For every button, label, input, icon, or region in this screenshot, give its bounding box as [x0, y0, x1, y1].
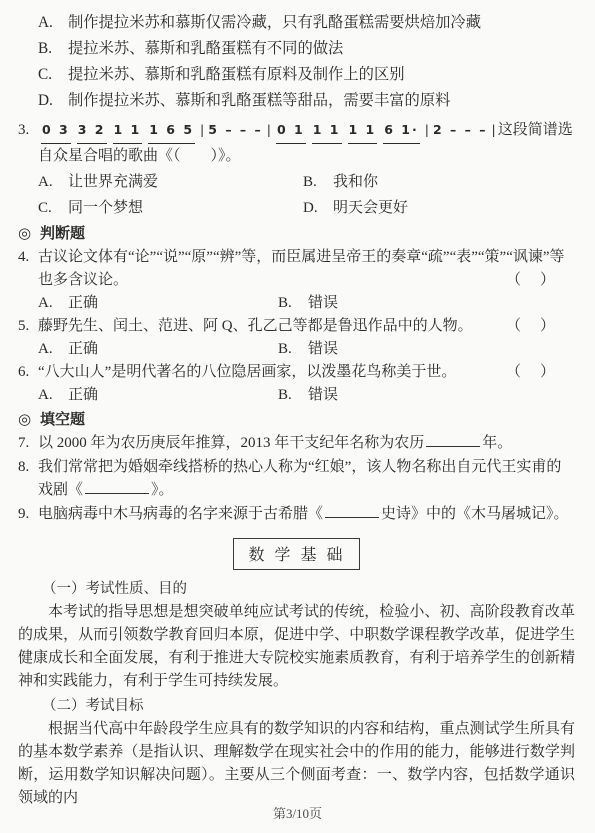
notation-hold: 2 – – –	[433, 117, 488, 142]
question-text: 年。	[482, 435, 512, 451]
notation-group: 3 2	[77, 117, 107, 144]
option-label: C.	[38, 195, 68, 221]
option-label: A.	[38, 10, 68, 36]
question-text: 藤野先生、闰土、范进、阿 Q、孔乙己等都是鲁迅作品中的人物。	[38, 318, 473, 334]
option-row-d: D. 制作提拉米苏、慕斯和乳酪蛋糕等甜品，需要丰富的原料	[18, 88, 575, 114]
section-marker-icon: ◎	[18, 223, 40, 246]
notation-group: 0 3	[41, 117, 71, 144]
question-number: 4.	[18, 246, 38, 269]
bar-line: |	[267, 117, 271, 142]
option-text: 制作提拉米苏、慕斯和乳酪蛋糕等甜品，需要丰富的原料	[68, 88, 575, 114]
option-label: D.	[303, 195, 333, 221]
option-b: B. 错误	[278, 292, 338, 315]
question-number: 9.	[18, 503, 38, 527]
bar-line: |	[425, 117, 429, 142]
bar-line: |	[200, 117, 204, 142]
section-header-fill: ◎ 填空题	[18, 409, 575, 432]
option-b: B. 我和你	[303, 169, 378, 195]
paragraph-1: 本考试的指导思想是想突破单纯应试考试的传统，检验小、初、高阶段教育改革的成果，从…	[18, 601, 575, 693]
option-text: 我和你	[333, 169, 378, 195]
option-text: 错误	[308, 292, 338, 315]
option-a: A. 正确	[38, 384, 278, 407]
notation-group: 1 1	[312, 117, 342, 144]
question-number: 3.	[18, 118, 38, 143]
answer-blank	[325, 504, 379, 518]
option-row: C. 同一个梦想 D. 明天会更好	[18, 195, 575, 221]
option-text: 明天会更好	[333, 195, 408, 221]
question-4-stem: 4.古议论文体有“论”“说”“原”“辨”等，而臣属进呈帝王的奏章“疏”“表”“策…	[18, 246, 575, 292]
answer-paren: （ ）	[506, 269, 557, 292]
notation-group: 1 1	[113, 117, 143, 144]
math-section-title: 数学基础	[233, 538, 359, 570]
option-row-c: C. 提拉米苏、慕斯和乳酪蛋糕有原料及制作上的区别	[18, 62, 575, 88]
answer-blank	[426, 433, 480, 447]
question-7: 7.以 2000 年为农历庚辰年推算，2013 年干支纪年名称为农历年。	[18, 432, 575, 456]
exam-page: A. 制作提拉米苏和慕斯仅需冷藏，只有乳酪蛋糕需要烘焙加冷藏 B. 提拉米苏、慕…	[0, 0, 595, 833]
question-text: 以 2000 年为农历庚辰年推算，2013 年干支纪年名称为农历	[38, 435, 424, 451]
option-text: 让世界充满爱	[68, 169, 158, 195]
question-5: 5.藤野先生、闰土、范进、阿 Q、孔乙己等都是鲁迅作品中的人物。（ ） A. 正…	[18, 315, 575, 361]
music-notation: 0 33 21 11 6 5|5 – – –|0 11 11 16 1·|2 –…	[38, 122, 498, 137]
option-label: B.	[278, 384, 308, 407]
answer-paren: （ ）	[506, 315, 557, 338]
option-text: 错误	[308, 384, 338, 407]
option-label: A.	[38, 338, 68, 361]
question-4: 4.古议论文体有“论”“说”“原”“辨”等，而臣属进呈帝王的奏章“疏”“表”“策…	[18, 246, 575, 315]
subsection-heading-2: （二）考试目标	[18, 696, 575, 717]
page-content: A. 制作提拉米苏和慕斯仅需冷藏，只有乳酪蛋糕需要烘焙加冷藏 B. 提拉米苏、慕…	[0, 0, 595, 810]
question-text: 》。	[151, 482, 174, 498]
bar-line: |	[491, 117, 495, 142]
option-row: A. 正确 B. 错误	[18, 292, 575, 315]
option-a: A. 让世界充满爱	[38, 169, 303, 195]
question-number: 5.	[18, 315, 38, 338]
notation-group: 0 1	[276, 117, 306, 144]
question-text: “八大山人”是明代著名的八位隐居画家，以泼墨花鸟称美于世。	[38, 364, 456, 380]
option-label: A.	[38, 292, 68, 315]
section-header-judge: ◎ 判断题	[18, 223, 575, 246]
question-3: 3.0 33 21 11 6 5|5 – – –|0 11 11 16 1·|2…	[18, 117, 575, 221]
option-row: A. 正确 B. 错误	[18, 384, 575, 407]
question-text: 史诗》中的《木马屠城记》。	[381, 506, 569, 522]
question-3-stem: 3.0 33 21 11 6 5|5 – – –|0 11 11 16 1·|2…	[18, 117, 575, 169]
option-b: B. 错误	[278, 338, 338, 361]
option-b: B. 错误	[278, 384, 338, 407]
question-number: 7.	[18, 432, 38, 456]
question-8: 8.我们常常把为婚姻牵线搭桥的热心人称为“红娘”，该人物名称出自元代王实甫的戏剧…	[18, 456, 575, 503]
option-a: A. 正确	[38, 292, 278, 315]
option-label: B.	[278, 292, 308, 315]
option-row: A. 正确 B. 错误	[18, 338, 575, 361]
notation-hold: 5 – – –	[208, 117, 263, 142]
question-text: 电脑病毒中木马病毒的名字来源于古希腊《	[38, 506, 323, 522]
question-text: 古议论文体有“论”“说”“原”“辨”等，而臣属进呈帝王的奏章“疏”“表”“策”“…	[38, 249, 565, 288]
option-label: B.	[278, 338, 308, 361]
option-label: B.	[303, 169, 333, 195]
option-text: 同一个梦想	[68, 195, 143, 221]
answer-paren: （ ）	[506, 361, 557, 384]
option-text: 提拉米苏、慕斯和乳酪蛋糕有原料及制作上的区别	[68, 62, 575, 88]
section-title: 填空题	[40, 409, 85, 432]
question-number: 8.	[18, 456, 38, 480]
notation-group: 1 1	[348, 117, 378, 144]
paragraph-2: 根据当代高中年龄段学生应具有的数学知识的内容和结构，重点测试学生所具有的基本数学…	[18, 718, 575, 810]
option-row-b: B. 提拉米苏、慕斯和乳酪蛋糕有不同的做法	[18, 36, 575, 62]
option-label: D.	[38, 88, 68, 114]
option-c: C. 同一个梦想	[38, 195, 303, 221]
question2-options: A. 制作提拉米苏和慕斯仅需冷藏，只有乳酪蛋糕需要烘焙加冷藏 B. 提拉米苏、慕…	[18, 10, 575, 114]
option-text: 正确	[68, 338, 98, 361]
section-marker-icon: ◎	[18, 409, 40, 432]
math-section-title-wrap: 数学基础	[18, 538, 575, 570]
option-label: A.	[38, 384, 68, 407]
answer-blank	[85, 480, 149, 494]
option-label: B.	[38, 36, 68, 62]
question-number: 6.	[18, 361, 38, 384]
option-text: 制作提拉米苏和慕斯仅需冷藏，只有乳酪蛋糕需要烘焙加冷藏	[68, 10, 575, 36]
page-number: 第3/10页	[0, 803, 595, 822]
option-label: A.	[38, 169, 68, 195]
question-6-stem: 6.“八大山人”是明代著名的八位隐居画家，以泼墨花鸟称美于世。（ ）	[18, 361, 575, 384]
subsection-heading-1: （一）考试性质、目的	[18, 579, 575, 600]
option-d: D. 明天会更好	[303, 195, 408, 221]
option-text: 正确	[68, 292, 98, 315]
option-row-a: A. 制作提拉米苏和慕斯仅需冷藏，只有乳酪蛋糕需要烘焙加冷藏	[18, 10, 575, 36]
option-text: 错误	[308, 338, 338, 361]
question-6: 6.“八大山人”是明代著名的八位隐居画家，以泼墨花鸟称美于世。（ ） A. 正确…	[18, 361, 575, 407]
notation-group: 1 6 5	[148, 117, 195, 144]
section-title: 判断题	[40, 223, 85, 246]
option-row: A. 让世界充满爱 B. 我和你	[18, 169, 575, 195]
option-text: 提拉米苏、慕斯和乳酪蛋糕有不同的做法	[68, 36, 575, 62]
option-a: A. 正确	[38, 338, 278, 361]
option-label: C.	[38, 62, 68, 88]
notation-group: 6 1·	[383, 117, 420, 144]
question-9: 9.电脑病毒中木马病毒的名字来源于古希腊《史诗》中的《木马屠城记》。	[18, 503, 575, 527]
question-5-stem: 5.藤野先生、闰土、范进、阿 Q、孔乙己等都是鲁迅作品中的人物。（ ）	[18, 315, 575, 338]
option-text: 正确	[68, 384, 98, 407]
